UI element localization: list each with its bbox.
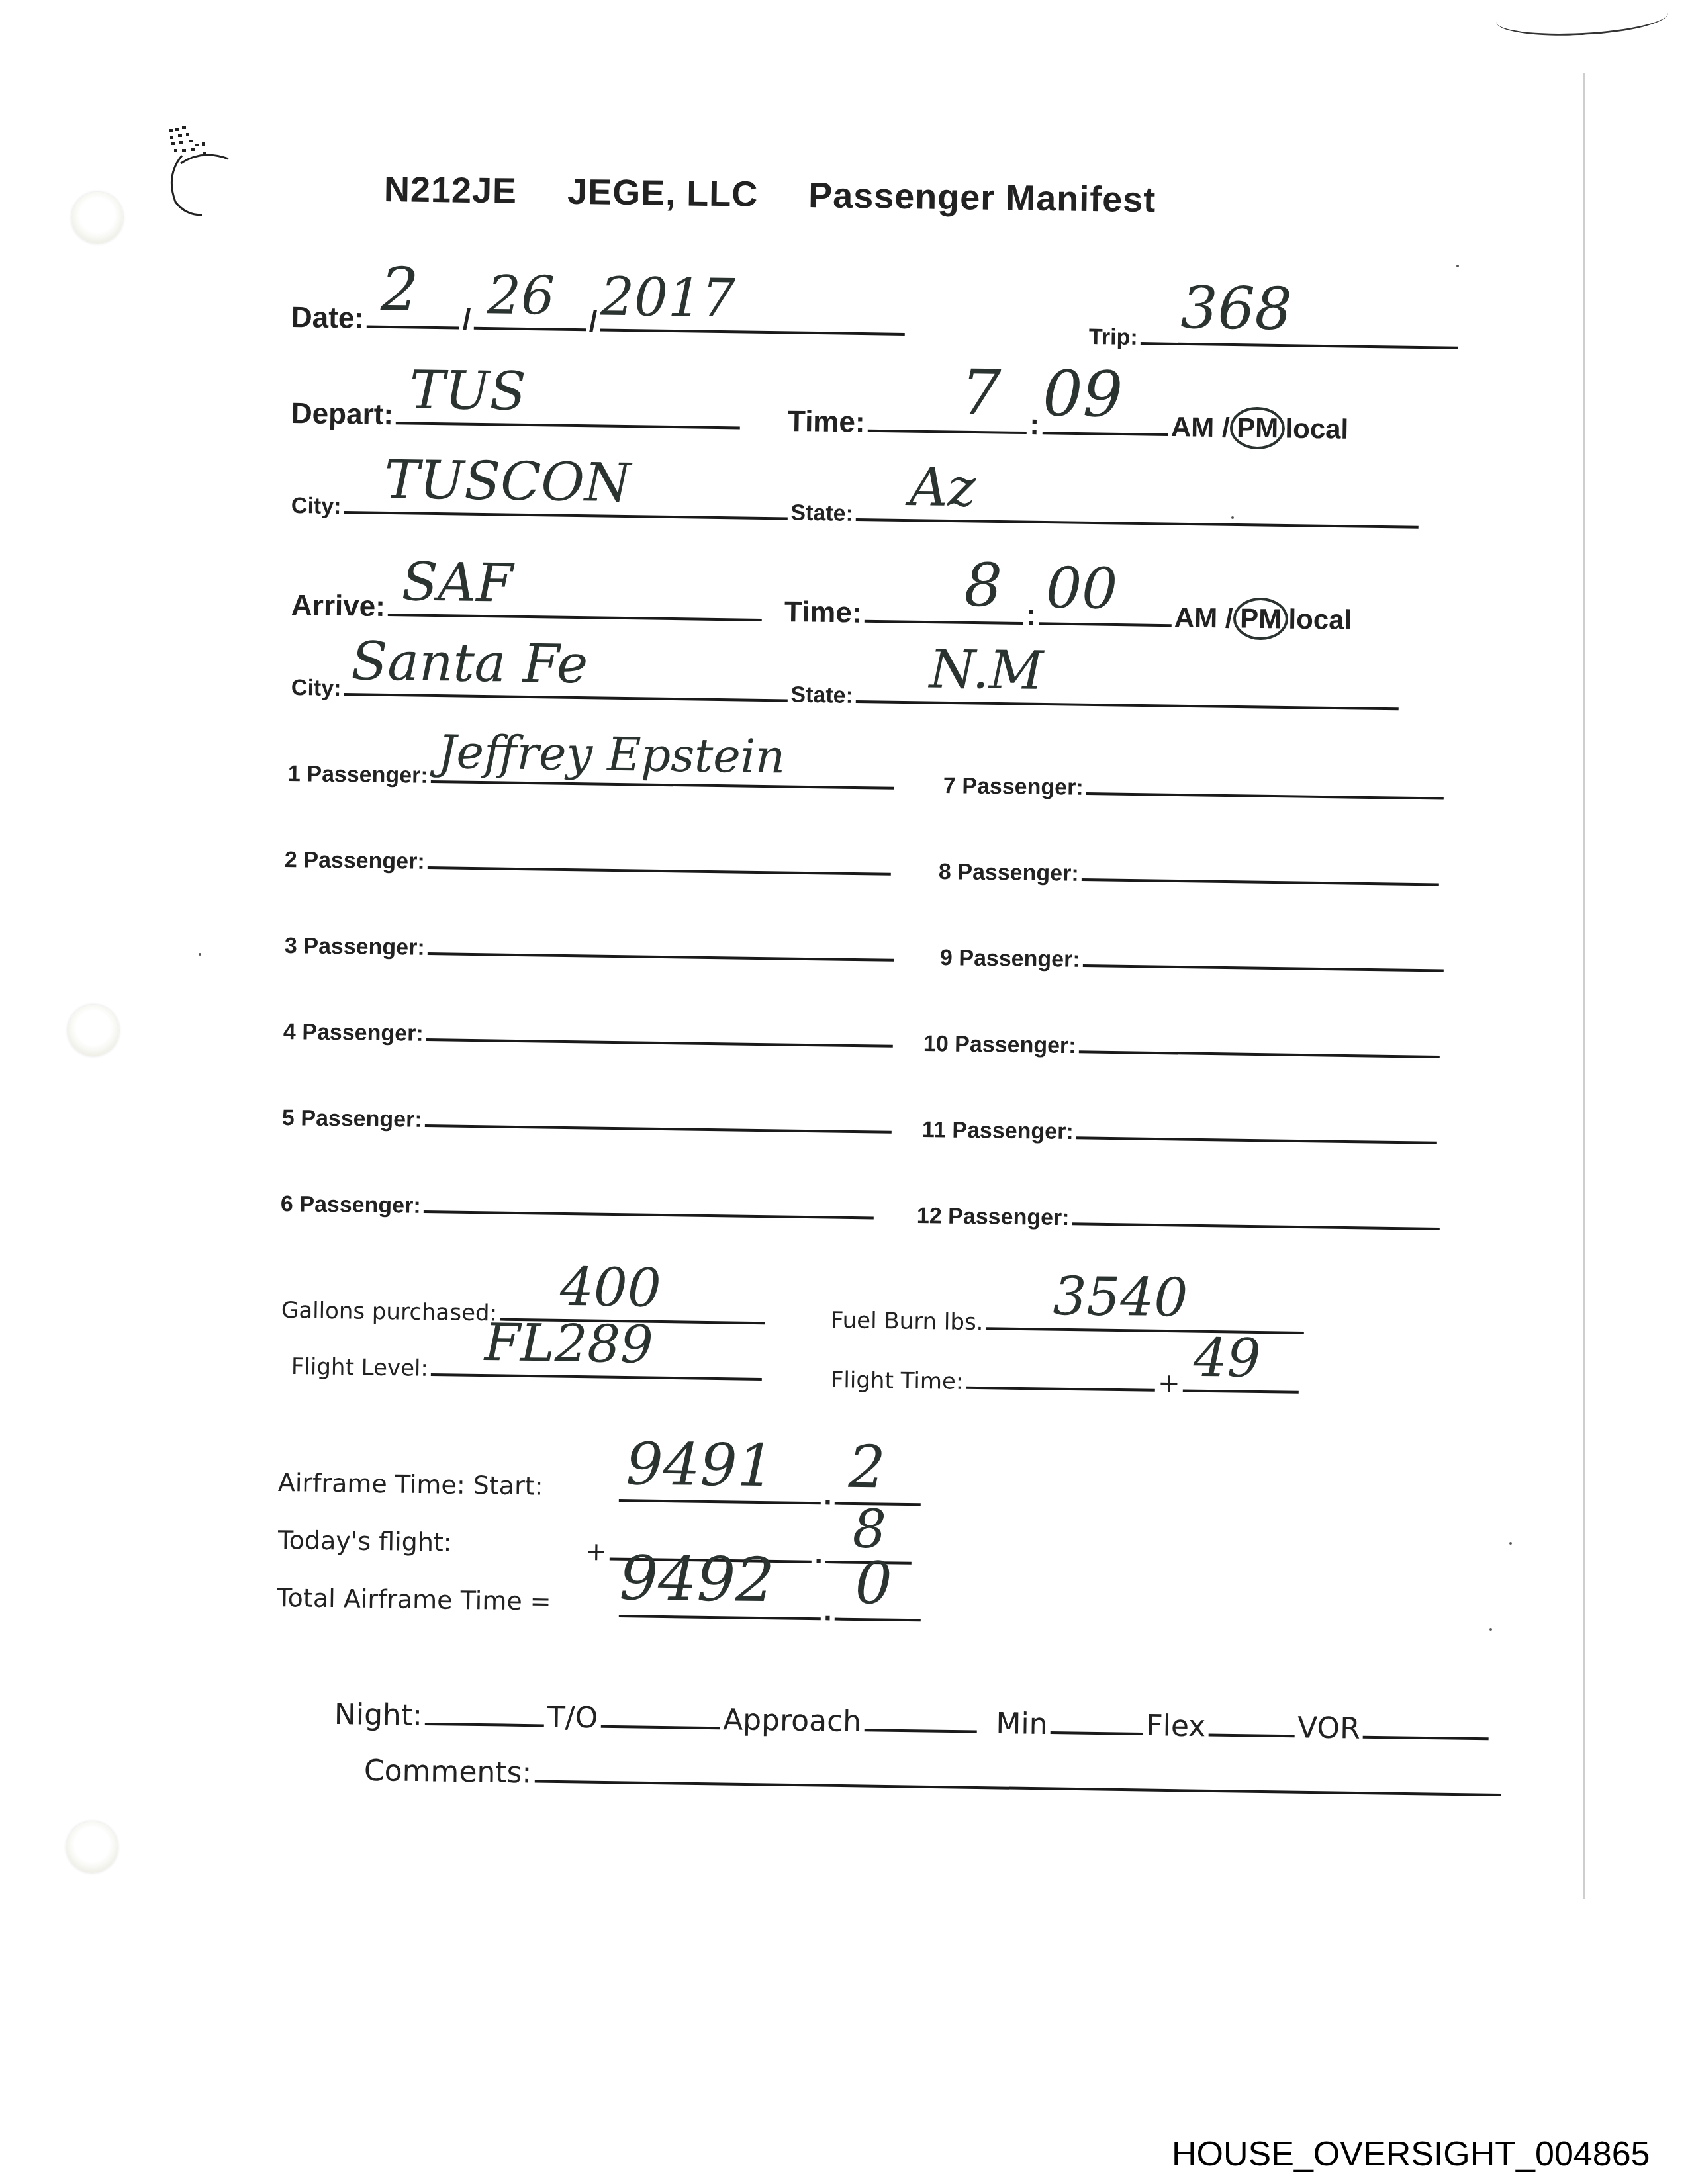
passenger-row: 3 Passenger: <box>285 933 895 968</box>
scan-speck <box>1231 516 1234 519</box>
trip-label: Trip: <box>1089 324 1138 350</box>
passenger-row: 9 Passenger: <box>940 945 1444 978</box>
scan-speck <box>1509 1542 1512 1545</box>
comments-label: Comments: <box>364 1754 532 1790</box>
date-year-field[interactable]: 2017 <box>600 322 905 336</box>
depart-city-label: City: <box>291 493 342 519</box>
to-field[interactable] <box>600 1719 720 1730</box>
passenger-3-field[interactable] <box>428 946 894 962</box>
passenger-row: 10 Passenger: <box>923 1031 1440 1064</box>
total-airframe-row: Total Airframe Time = <box>277 1583 551 1616</box>
date-row: Date: 2 / 26 / 2017 <box>291 301 905 343</box>
passenger-12-field[interactable] <box>1072 1216 1440 1230</box>
passenger-11-field[interactable] <box>1076 1130 1437 1144</box>
arrive-minute-field[interactable]: 00 <box>1039 615 1171 627</box>
arrive-airport-field[interactable]: SAF <box>388 607 762 621</box>
manifest-page: N212JE JEGE, LLC Passenger Manifest Date… <box>0 0 1688 2184</box>
form-title: Passenger Manifest <box>808 175 1156 220</box>
passenger-row: 5 Passenger: <box>282 1105 892 1140</box>
arrive-state-field[interactable]: N.M <box>856 694 1399 710</box>
passenger-8-field[interactable] <box>1082 872 1439 886</box>
passenger-7-field[interactable] <box>1086 786 1444 800</box>
hole-punch-icon <box>68 1005 119 1056</box>
scan-corner-mark <box>1495 0 1669 40</box>
depart-time-row: Time: 7 : 09 AM / PM local <box>788 405 1349 446</box>
depart-label: Depart: <box>291 397 394 431</box>
depart-state-field[interactable]: Az <box>856 512 1419 529</box>
airframe-start-row: Airframe Time: Start: <box>278 1468 543 1501</box>
passenger-9-field[interactable] <box>1083 958 1444 972</box>
night-label: Night: <box>334 1698 423 1733</box>
depart-state-label: State: <box>790 500 853 526</box>
trip-field[interactable]: 368 <box>1141 336 1458 349</box>
vor-label: VOR <box>1297 1711 1360 1745</box>
flight-level-label: Flight Level: <box>291 1353 428 1382</box>
arrive-pm-option-selected[interactable]: PM <box>1233 597 1289 640</box>
arrive-hour-field[interactable]: 8 <box>865 614 1023 625</box>
passenger-row: 6 Passenger: <box>281 1191 874 1226</box>
passenger-row: 8 Passenger: <box>939 859 1440 892</box>
passenger-row: 4 Passenger: <box>283 1019 894 1054</box>
total-airframe-label: Total Airframe Time = <box>277 1583 551 1616</box>
passenger-row: 11 Passenger: <box>922 1117 1438 1150</box>
depart-city-row: City: TUSCON State: Az <box>291 493 1419 535</box>
total-airframe-value: 9492 . 0 <box>619 1592 921 1629</box>
scan-speck <box>1489 1628 1492 1631</box>
arrive-city-row: City: Santa Fe State: N.M <box>291 675 1399 716</box>
flight-level-row: Flight Level: FL289 <box>291 1353 763 1387</box>
vor-field[interactable] <box>1363 1729 1489 1741</box>
arrive-label: Arrive: <box>291 589 386 623</box>
passenger-row: 1 Passenger: Jeffrey Epstein <box>288 761 895 796</box>
gallons-label: Gallons purchased: <box>281 1297 498 1327</box>
passenger-4-field[interactable] <box>426 1032 893 1048</box>
fuel-burn-label: Fuel Burn lbs. <box>831 1307 984 1336</box>
passenger-5-field[interactable] <box>425 1118 892 1134</box>
scan-page-edge <box>1583 73 1585 1899</box>
scan-speck <box>199 953 201 956</box>
depart-airport-field[interactable]: TUS <box>396 415 740 429</box>
hole-punch-icon <box>66 1821 118 1873</box>
airframe-start-label: Airframe Time: Start: <box>278 1468 543 1501</box>
scan-speck <box>1456 265 1459 267</box>
arrive-row: Arrive: SAF <box>291 589 763 629</box>
hole-punch-icon <box>71 192 123 244</box>
approach-label: Approach <box>723 1703 862 1739</box>
depart-city-field[interactable]: TUSCON <box>344 504 788 520</box>
arrive-city-field[interactable]: Santa Fe <box>344 686 788 702</box>
passenger-6-field[interactable] <box>424 1204 874 1219</box>
depart-hour-field[interactable]: 7 <box>868 423 1027 434</box>
passenger-10-field[interactable] <box>1079 1044 1440 1058</box>
arrive-time-label: Time: <box>784 596 862 629</box>
comments-field[interactable] <box>535 1774 1501 1796</box>
passenger-row: 12 Passenger: <box>917 1203 1440 1236</box>
date-label: Date: <box>291 301 365 335</box>
passenger-1-field[interactable]: Jeffrey Epstein <box>431 774 894 790</box>
total-airframe-tenths-field[interactable]: 0 <box>835 1612 921 1622</box>
depart-pm-option-selected[interactable]: PM <box>1230 406 1286 449</box>
passenger-row: 7 Passenger: <box>943 773 1444 806</box>
depart-am-option[interactable]: AM / <box>1171 411 1230 443</box>
flex-label: Flex <box>1146 1709 1206 1743</box>
passenger-row: 2 Passenger: <box>285 847 892 882</box>
todays-flight-row: Today's flight: <box>278 1525 452 1557</box>
arrive-time-row: Time: 8 : 00 AM / PM local <box>784 596 1352 637</box>
approach-field[interactable] <box>864 1722 976 1733</box>
to-label: T/O <box>547 1700 598 1735</box>
arrive-city-label: City: <box>291 675 342 701</box>
todays-flight-label: Today's flight: <box>278 1525 452 1557</box>
arrive-am-option[interactable]: AM / <box>1174 602 1233 633</box>
trip-row: Trip: 368 <box>1089 324 1459 355</box>
company-logo-icon <box>162 122 242 222</box>
airframe-start-whole-field[interactable]: 9491 <box>619 1492 821 1504</box>
arrive-local-label: local <box>1288 604 1352 635</box>
night-field[interactable] <box>425 1716 544 1727</box>
comments-row: Comments: <box>364 1754 1501 1803</box>
date-month-field[interactable]: 2 <box>367 319 459 330</box>
flex-field[interactable] <box>1209 1727 1295 1737</box>
arrive-state-label: State: <box>790 682 853 708</box>
total-airframe-whole-field[interactable]: 9492 <box>619 1608 821 1620</box>
flight-time-label: Flight Time: <box>831 1367 964 1395</box>
depart-minute-field[interactable]: 09 <box>1042 425 1168 436</box>
company-name: JEGE, LLC <box>567 172 759 214</box>
date-day-field[interactable]: 26 <box>473 320 586 331</box>
min-field[interactable] <box>1051 1725 1143 1735</box>
depart-row: Depart: TUS <box>291 397 741 436</box>
flight-level-field[interactable]: FL289 <box>431 1367 762 1381</box>
bates-number: HOUSE_OVERSIGHT_004865 <box>1172 2134 1650 2174</box>
passenger-2-field[interactable] <box>428 860 891 876</box>
flight-time-hours-field[interactable] <box>966 1380 1155 1392</box>
tail-number: N212JE <box>384 169 518 211</box>
logbook-row: Night: T/O Approach Min Flex VOR <box>334 1698 1489 1747</box>
flight-time-row: Flight Time: + 49 <box>831 1363 1299 1400</box>
min-label: Min <box>996 1707 1048 1741</box>
flight-time-minutes-field[interactable]: 49 <box>1183 1383 1299 1393</box>
form-header: N212JE JEGE, LLC Passenger Manifest <box>384 169 1156 220</box>
depart-local-label: local <box>1285 412 1348 444</box>
depart-time-label: Time: <box>788 405 865 439</box>
